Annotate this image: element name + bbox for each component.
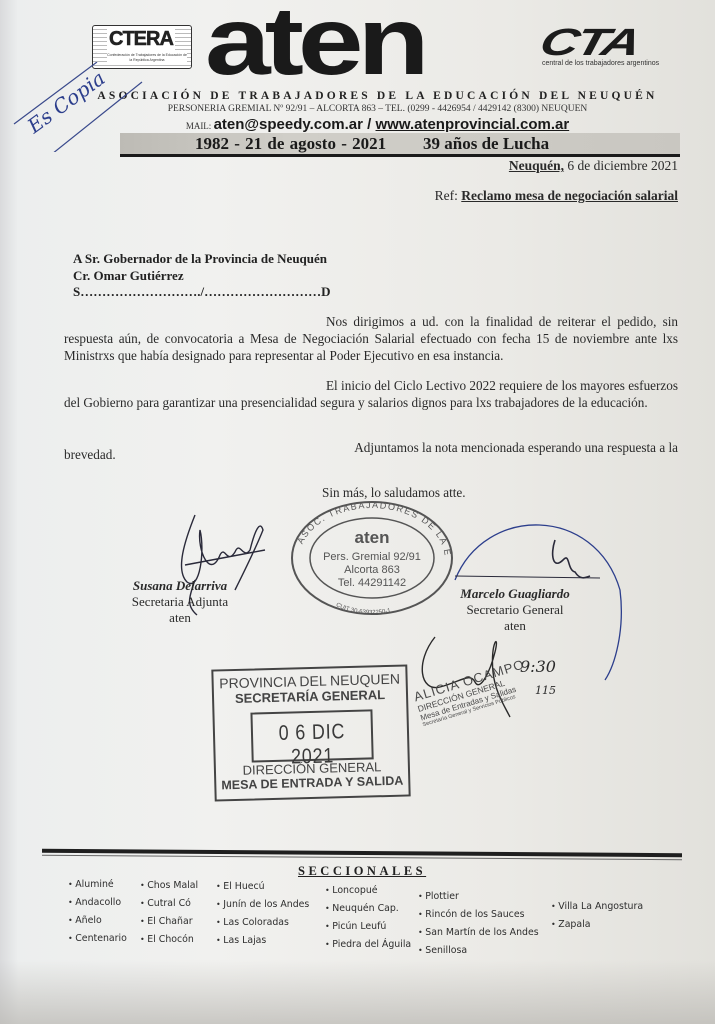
seccional-item: Junín de los Andes [216,896,309,914]
seccional-item: Centenario [68,930,127,948]
body-paragraph-2-text: El inicio del Ciclo Lectivo 2022 requier… [64,378,678,410]
body-paragraph-1: Nos dirigimos a ud. con la finalidad de … [64,313,678,364]
seccional-item: San Martín de los Andes [418,924,539,942]
seccional-item: Las Coloradas [216,914,309,932]
seccional-item: Villa La Angostura [551,898,643,916]
svg-text:CUIT 30-63932250-1: CUIT 30-63932250-1 [335,602,392,616]
signature-block-general: Marcelo Guagliardo Secretario General at… [440,586,590,634]
aten-seal-stamp: ASOC. TRABAJADORES DE LA EDUCACIÓN DEL N… [287,498,457,618]
svg-text:aten: aten [355,528,390,547]
signer-name: Marcelo Guagliardo [440,586,590,602]
letter-page: CTERA Confederación de Trabajadores de l… [0,0,715,1024]
svg-text:Alcorta 863: Alcorta 863 [344,564,400,576]
seccional-item: Aluminé [68,876,127,894]
date-place: Neuquén, [509,158,564,173]
svg-text:Tel. 44291142: Tel. 44291142 [338,577,406,589]
seccional-item: Neuquén Cap. [325,900,411,918]
seccional-item: El Chocón [140,931,198,949]
anniversary-band: 1982 - 21 de agosto - 2021 39 años de Lu… [120,133,680,157]
seccionales-column-3: El Huecú Junín de los Andes Las Colorada… [216,878,309,950]
cta-logo: CTA [537,26,642,60]
seccionales-column-6: Villa La Angostura Zapala [551,898,643,934]
mail-label: MAIL: [186,121,212,131]
recipient-sd: S………………………./………………………D [73,284,330,301]
svg-text:Pers. Gremial 92/91: Pers. Gremial 92/91 [323,551,421,563]
seccional-item: El Huecú [216,878,309,896]
reference-subject: Reclamo mesa de negociación salarial [461,188,678,203]
signer-role: Secretaria Adjunta [100,594,260,610]
seccional-item: Rincón de los Sauces [418,906,539,924]
seccional-item: Cutral Có [140,895,198,913]
reception-stamp: PROVINCIA DEL NEUQUEN SECRETARÍA GENERAL… [211,664,410,801]
anniversary-dates: 1982 - 21 de agosto - 2021 [195,133,386,154]
seccional-item: El Chañar [140,913,198,931]
seccional-item: Chos Malal [140,877,198,895]
recipient-title: A Sr. Gobernador de la Provincia de Neuq… [73,251,330,268]
recipient-block: A Sr. Gobernador de la Provincia de Neuq… [73,251,330,301]
body-paragraph-3: Adjuntamos la nota mencionada esperando … [323,440,678,456]
seccional-item: Añelo [68,912,127,930]
seccional-item: Piedra del Águila [325,936,411,954]
body-paragraph-3-end: brevedad. [64,447,116,463]
body-paragraph-1-text: Nos dirigimos a ud. con la finalidad de … [64,314,678,363]
seccional-item: Andacollo [68,894,127,912]
letter-date: Neuquén, 6 de diciembre 2021 [420,158,678,174]
signature-block-adjunta: Susana Delarriva Secretaria Adjunta aten [100,578,260,626]
contact-separator: / [363,116,376,133]
seccionales-column-4: Loncopué Neuquén Cap. Picún Leufú Piedra… [325,882,411,954]
seccionales-title: SECCIONALES [298,864,426,879]
page-edge-shadow [0,0,18,1024]
seccionales-column-5: Plottier Rincón de los Sauces San Martín… [418,888,539,960]
seccionales-column-2: Chos Malal Cutral Có El Chañar El Chocón [140,877,198,949]
es-copia-annotation: Es Copia [12,62,152,152]
seccional-item: Picún Leufú [325,918,411,936]
stamp-date-box: 0 6 DIC 2021 [250,709,373,762]
body-paragraph-2: El inicio del Ciclo Lectivo 2022 requier… [64,377,678,411]
anniversary-years: 39 años de Lucha [423,133,549,154]
signer-org: aten [100,610,260,626]
reference-label: Ref: [435,188,462,203]
seccional-item: Plottier [418,888,539,906]
email-link[interactable]: aten@speedy.com.ar [214,116,363,133]
cta-logo-subtitle: central de los trabajadores argentinos [542,60,659,67]
seccional-item: Las Lajas [216,932,309,950]
seccional-item: Loncopué [325,882,411,900]
signer-name: Susana Delarriva [100,578,260,594]
website-link[interactable]: www.atenprovincial.com.ar [376,116,570,133]
svg-text:Es Copia: Es Copia [22,66,109,139]
photo-shadow [0,960,715,1024]
letter-reference: Ref: Reclamo mesa de negociación salaria… [380,188,678,204]
aten-logo: aten [205,0,424,86]
recipient-name: Cr. Omar Gutiérrez [73,268,330,285]
seccional-item: Senillosa [418,942,539,960]
signer-role: Secretario General [440,602,590,618]
seccionales-column-1: Aluminé Andacollo Añelo Centenario [68,876,127,948]
ctera-logo-text: CTERA [107,28,175,50]
date-value: 6 de diciembre 2021 [564,158,678,173]
seccional-item: Zapala [551,916,643,934]
